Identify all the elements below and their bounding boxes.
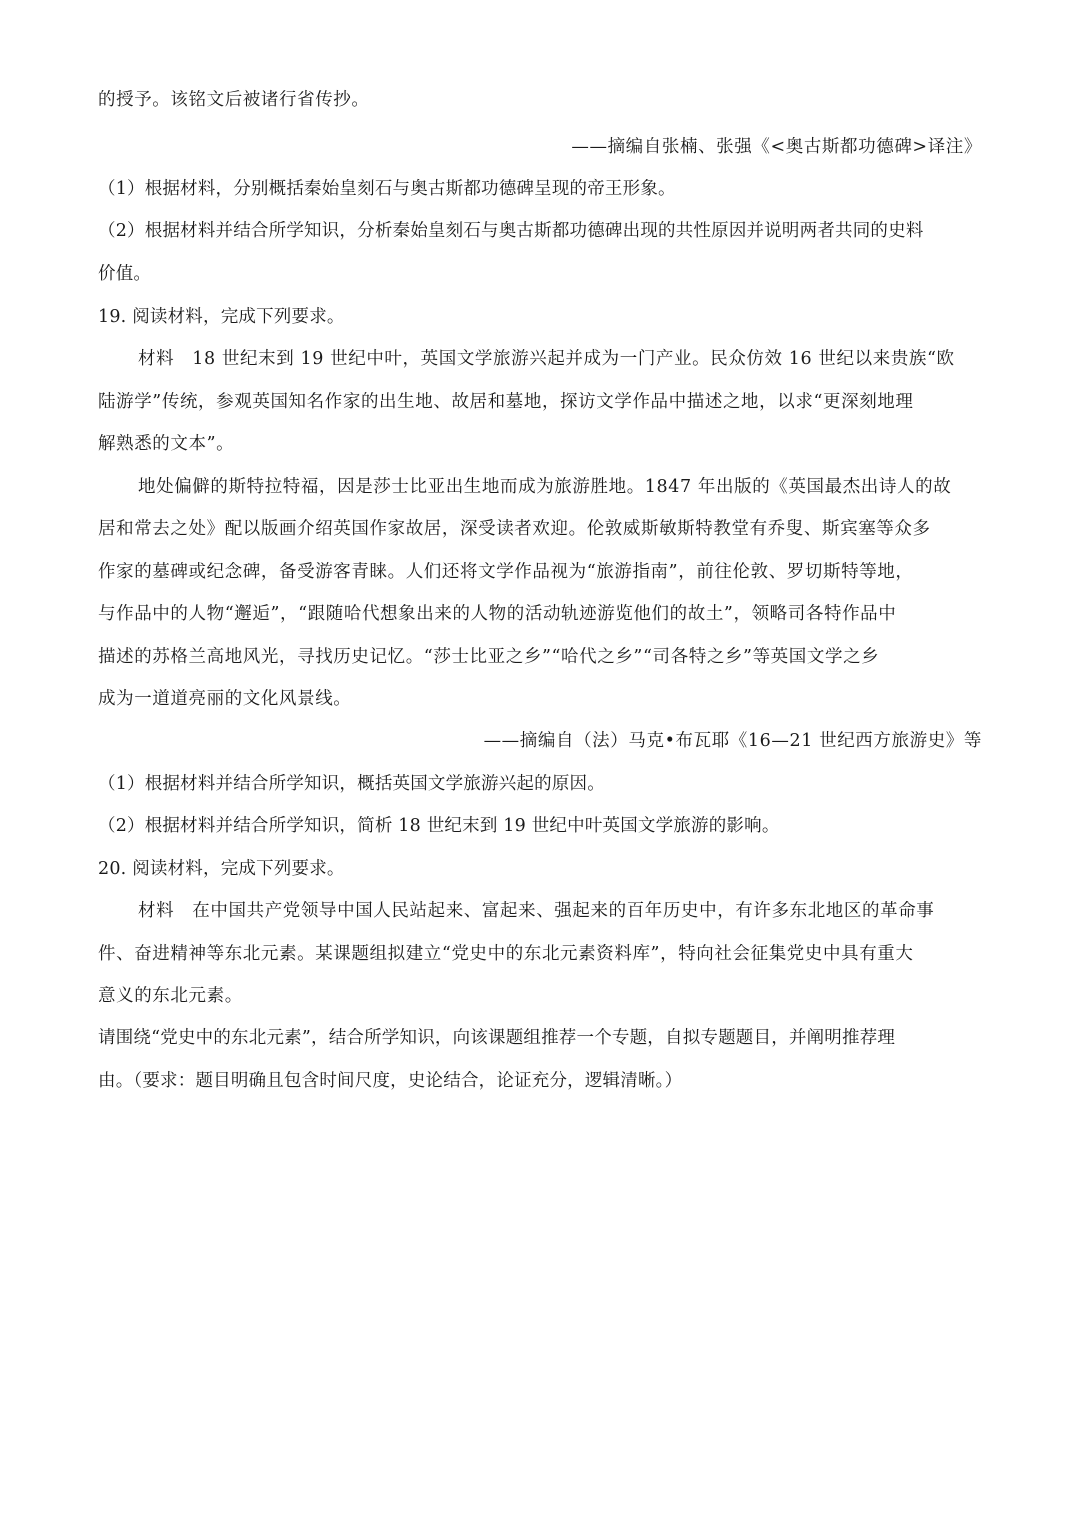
q20-heading: 20. 阅读材料，完成下列要求。 bbox=[98, 857, 345, 881]
q20-material-line-2: 件、奋进精神等东北元素。某课题组拟建立“党史中的东北元素资料库”，特向社会征集党… bbox=[98, 942, 914, 966]
q19-material-p2-line-6: 成为一道道亮丽的文化风景线。 bbox=[98, 687, 351, 711]
q18-subquestion-1: （1）根据材料，分别概括秦始皇刻石与奥古斯都功德碑呈现的帝王形象。 bbox=[98, 177, 676, 201]
q19-source-citation: ——摘编自（法）马克•布瓦耶《16—21 世纪西方旅游史》等 bbox=[484, 729, 982, 753]
q19-heading: 19. 阅读材料，完成下列要求。 bbox=[98, 305, 345, 329]
q20-material-line-3: 意义的东北元素。 bbox=[98, 984, 243, 1008]
q19-material-p2-line-4: 与作品中的人物“邂逅”，“跟随哈代想象出来的人物的活动轨迹游览他们的故土”，领略… bbox=[98, 602, 896, 626]
q20-task-line-1: 请围绕“党史中的东北元素”，结合所学知识，向该课题组推荐一个专题，自拟专题题目，… bbox=[98, 1026, 895, 1050]
q19-material-p2-line-5: 描述的苏格兰高地风光，寻找历史记忆。“莎士比亚之乡”“哈代之乡”“司各特之乡”等… bbox=[98, 645, 879, 669]
q19-material-p1-line-2: 陆游学”传统，参观英国知名作家的出生地、故居和墓地，探访文学作品中描述之地，以求… bbox=[98, 390, 914, 414]
q19-material-p2-line-3: 作家的墓碑或纪念碑，备受游客青睐。人们还将文学作品视为“旅游指南”，前往伦敦、罗… bbox=[98, 560, 914, 584]
q20-task-line-2: 由。（要求：题目明确且包含时间尺度，史论结合，论证充分，逻辑清晰。） bbox=[98, 1069, 682, 1093]
q20-material-line-1: 材料 在中国共产党领导中国人民站起来、富起来、强起来的百年历史中，有许多东北地区… bbox=[138, 899, 934, 923]
q19-material-p2-line-1: 地处偏僻的斯特拉特福，因是莎士比亚出生地而成为旅游胜地。1847 年出版的《英国… bbox=[138, 475, 951, 499]
q19-material-p1-line-3: 解熟悉的文本”。 bbox=[98, 432, 234, 456]
q19-subquestion-1: （1）根据材料并结合所学知识，概括英国文学旅游兴起的原因。 bbox=[98, 772, 605, 796]
q18-material-end: 的授予。该铭文后被诸行省传抄。 bbox=[98, 88, 370, 112]
q19-material-p2-line-2: 居和常去之处》配以版画介绍英国作家故居，深受读者欢迎。伦敦威斯敏斯特教堂有乔叟、… bbox=[98, 517, 931, 541]
q19-material-p1-line-1: 材料 18 世纪末到 19 世纪中叶，英国文学旅游兴起并成为一门产业。民众仿效 … bbox=[138, 347, 955, 371]
q18-source-citation: ——摘编自张楠、张强《<奥古斯都功德碑>译注》 bbox=[571, 135, 982, 159]
q19-subquestion-2: （2）根据材料并结合所学知识，简析 18 世纪末到 19 世纪中叶英国文学旅游的… bbox=[98, 814, 780, 838]
q18-subquestion-2-line-2: 价值。 bbox=[98, 262, 151, 286]
q18-subquestion-2-line-1: （2）根据材料并结合所学知识，分析秦始皇刻石与奥古斯都功德碑出现的共性原因并说明… bbox=[98, 219, 924, 243]
